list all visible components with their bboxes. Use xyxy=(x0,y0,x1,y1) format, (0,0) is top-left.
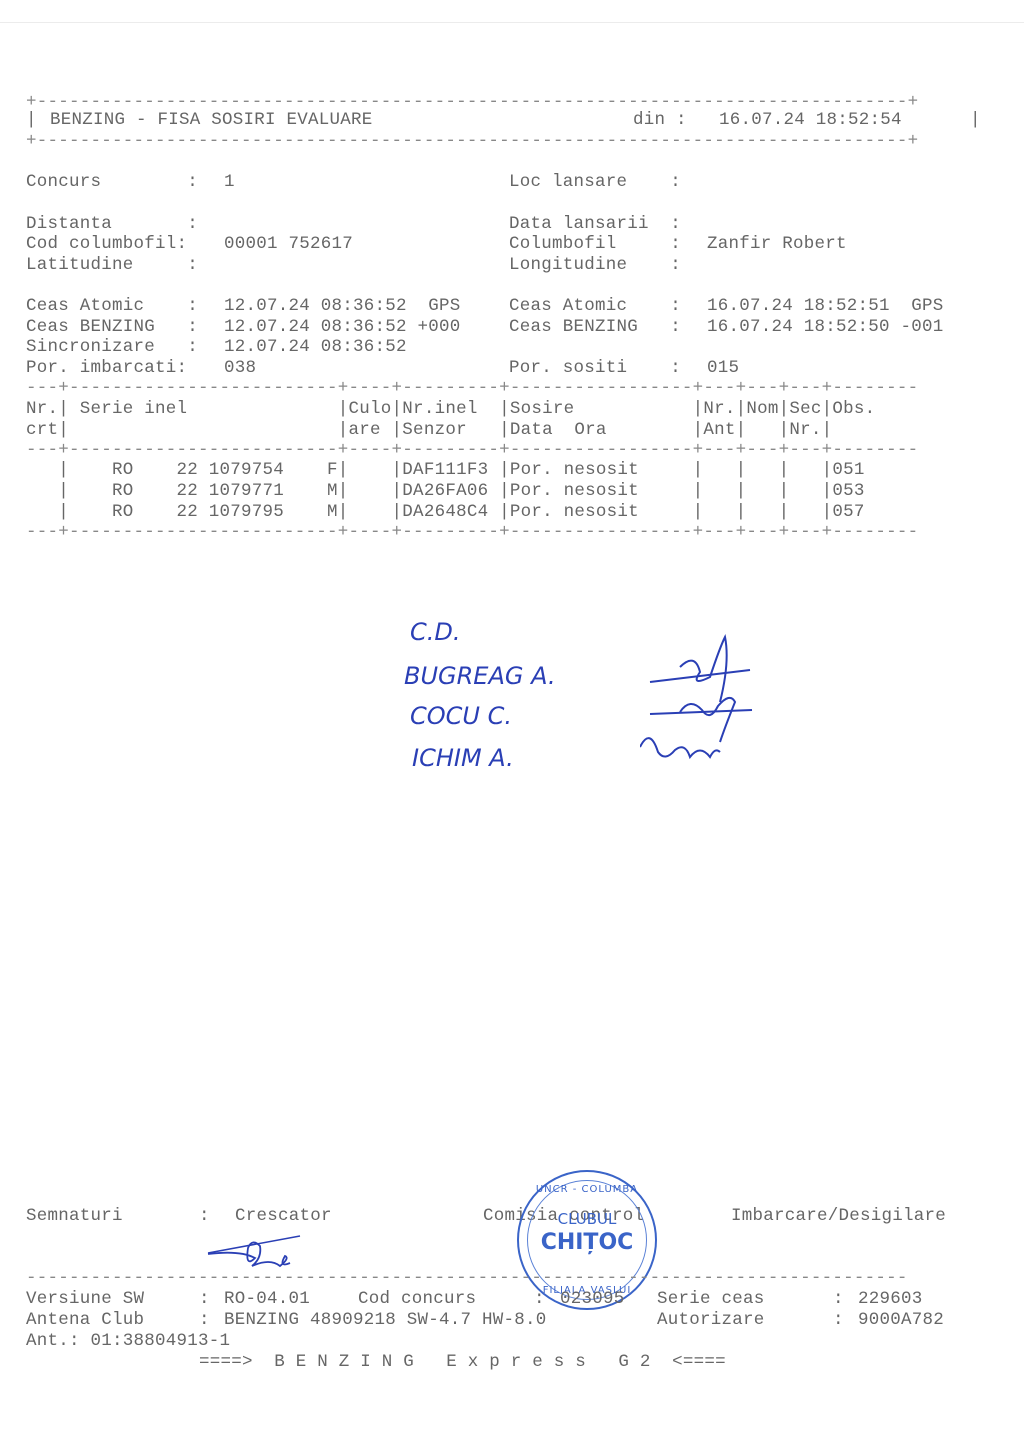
header-border-bottom: +---------------------------------------… xyxy=(26,131,918,152)
clock-value: 12.07.24 08:36:52 xyxy=(224,337,407,358)
autorizare-label: Autorizare xyxy=(657,1310,765,1331)
table-border-bottom: ---+-------------------------+----+-----… xyxy=(26,522,918,543)
info-label: Columbofil : xyxy=(509,234,681,255)
clock-value: 16.07.24 18:52:50 -001 xyxy=(707,317,944,338)
cod-concurs-label: Cod concurs xyxy=(358,1289,476,1310)
header-date-value: 16.07.24 18:52:54 xyxy=(719,110,902,131)
info-label: Distanta : xyxy=(26,214,198,235)
serie-ceas-value: 229603 xyxy=(858,1289,923,1310)
stamp-top-text: UNCR - COLUMBA xyxy=(519,1184,655,1195)
footer-banner: ====> B E N Z I N G E x p r e s s G 2 <=… xyxy=(199,1352,726,1373)
table-header-row: crt| |are |Senzor |Data Ora |Ant| |Nr.| xyxy=(26,420,832,441)
clock-label: Sincronizare : xyxy=(26,337,198,358)
table-row: | RO 22 1079795 M| |DA2648C4 |Por. nesos… xyxy=(26,502,865,523)
colon: : xyxy=(534,1289,545,1310)
clock-label: Ceas BENZING : xyxy=(26,317,198,338)
info-label: Loc lansare : xyxy=(509,172,681,193)
handwritten-line: BUGREAG A. xyxy=(404,662,556,690)
table-row: | RO 22 1079771 M| |DA26FA06 |Por. nesos… xyxy=(26,481,865,502)
stamp-line1: CLUBUL xyxy=(519,1210,655,1228)
antena-value: BENZING 48909218 SW-4.7 HW-8.0 xyxy=(224,1310,547,1331)
colon: : xyxy=(199,1310,210,1331)
table-header-row: Nr.| Serie inel |Culo|Nr.inel |Sosire |N… xyxy=(26,399,875,420)
versiune-value: RO-04.01 xyxy=(224,1289,310,1310)
colon: : xyxy=(199,1289,210,1310)
clock-value: 12.07.24 08:36:52 GPS xyxy=(224,296,461,317)
cod-concurs-value: 023095 xyxy=(560,1289,625,1310)
header-right-bar: | xyxy=(970,110,981,131)
info-value: 00001 752617 xyxy=(224,234,353,255)
clock-label: Ceas Atomic : xyxy=(509,296,681,317)
info-label: Data lansarii : xyxy=(509,214,681,235)
antenna-id: Ant.: 01:38804913-1 xyxy=(26,1331,230,1352)
crescator-signature-icon xyxy=(200,1228,320,1273)
info-label: Concurs : xyxy=(26,172,198,193)
stamp-line2: CHIȚOC xyxy=(519,1230,655,1255)
handwritten-line: ICHIM A. xyxy=(412,744,514,772)
signature-imbarcare-label: Imbarcare/Desigilare xyxy=(731,1206,946,1227)
header-left-bar: | xyxy=(26,110,37,131)
signatures-label: Semnaturi xyxy=(26,1206,123,1227)
table-border-top: ---+-------------------------+----+-----… xyxy=(26,378,918,399)
signatures-colon: : xyxy=(199,1206,210,1227)
colon: : xyxy=(833,1310,844,1331)
info-label: Cod columbofil: xyxy=(26,234,187,255)
clock-value: 015 xyxy=(707,358,739,379)
info-value: Zanfir Robert xyxy=(707,234,847,255)
serie-ceas-label: Serie ceas xyxy=(657,1289,765,1310)
table-row: | RO 22 1079754 F| |DAF111F3 |Por. nesos… xyxy=(26,460,865,481)
colon: : xyxy=(833,1289,844,1310)
clock-label: Ceas BENZING : xyxy=(509,317,681,338)
handwritten-line: C.D. xyxy=(410,618,461,646)
clock-value: 16.07.24 18:52:51 GPS xyxy=(707,296,944,317)
page-edge xyxy=(0,22,1024,23)
autorizare-value: 9000A782 xyxy=(858,1310,944,1331)
footer-divider: ----------------------------------------… xyxy=(26,1268,908,1289)
clock-value: 038 xyxy=(224,358,256,379)
info-value: 1 xyxy=(224,172,235,193)
versiune-label: Versiune SW xyxy=(26,1289,144,1310)
clock-value: 12.07.24 08:36:52 +000 xyxy=(224,317,461,338)
document-title: BENZING - FISA SOSIRI EVALUARE xyxy=(50,110,373,131)
clock-label: Por. sositi : xyxy=(509,358,681,379)
info-label: Longitudine : xyxy=(509,255,681,276)
antena-label: Antena Club xyxy=(26,1310,144,1331)
handwritten-line: COCU C. xyxy=(410,702,512,730)
clock-label: Por. imbarcati: xyxy=(26,358,187,379)
header-date-label: din : xyxy=(633,110,687,131)
clock-label: Ceas Atomic : xyxy=(26,296,198,317)
signature-crescator-label: Crescator xyxy=(235,1206,332,1227)
table-header-separator: ---+-------------------------+----+-----… xyxy=(26,440,918,461)
handwritten-signatures-icon xyxy=(640,632,760,782)
info-label: Latitudine : xyxy=(26,255,198,276)
